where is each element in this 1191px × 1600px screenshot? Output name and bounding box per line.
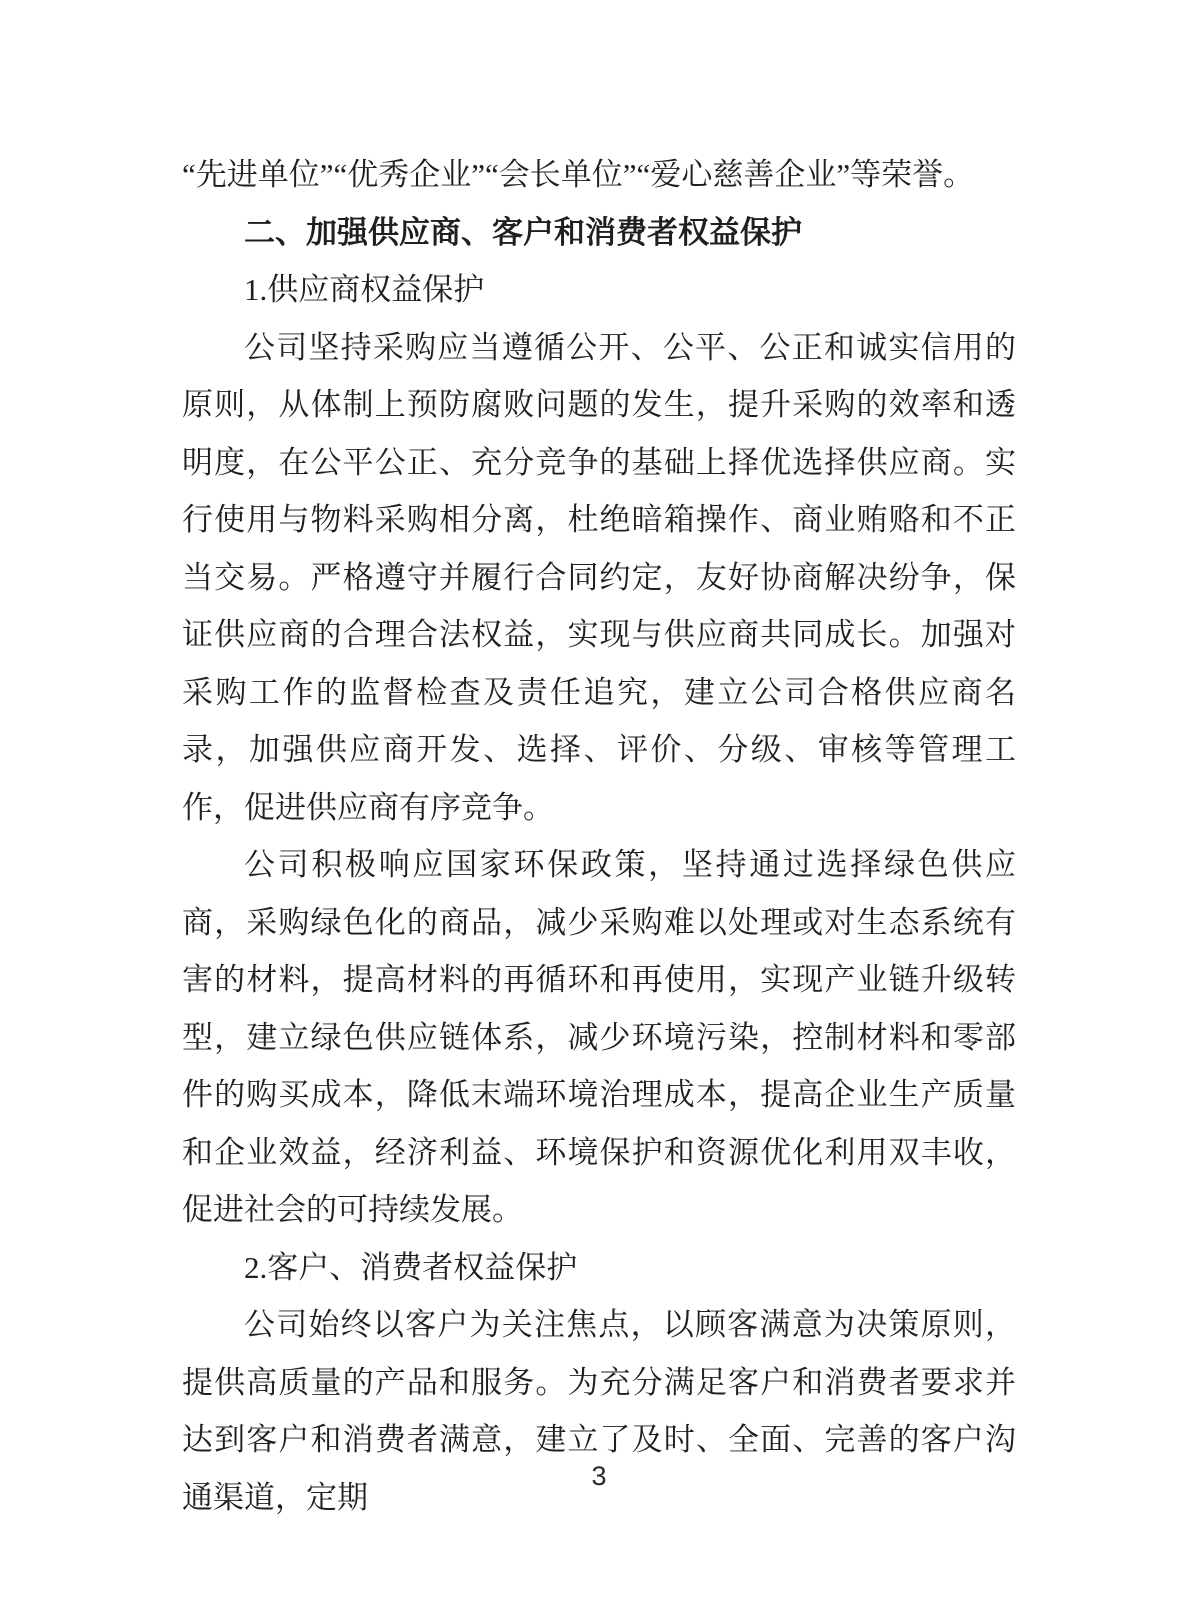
body-paragraph-2: 公司积极响应国家环保政策，坚持通过选择绿色供应商，采购绿色化的商品，减少采购难以… <box>182 836 1016 1239</box>
page-number: 3 <box>182 1458 1016 1494</box>
subsection-heading-1: 1.供应商权益保护 <box>182 261 1016 319</box>
subsection-heading-2: 2.客户、消费者权益保护 <box>182 1239 1016 1297</box>
document-body: “先进单位”“优秀企业”“会长单位”“爱心慈善企业”等荣誉。 二、加强供应商、客… <box>182 146 1016 1526</box>
body-paragraph-1: 公司坚持采购应当遵循公开、公平、公正和诚实信用的原则，从体制上预防腐败问题的发生… <box>182 319 1016 837</box>
continuation-paragraph: “先进单位”“优秀企业”“会长单位”“爱心慈善企业”等荣誉。 <box>182 146 1016 204</box>
document-page: “先进单位”“优秀企业”“会长单位”“爱心慈善企业”等荣誉。 二、加强供应商、客… <box>0 0 1191 1600</box>
section-heading: 二、加强供应商、客户和消费者权益保护 <box>182 204 1016 262</box>
